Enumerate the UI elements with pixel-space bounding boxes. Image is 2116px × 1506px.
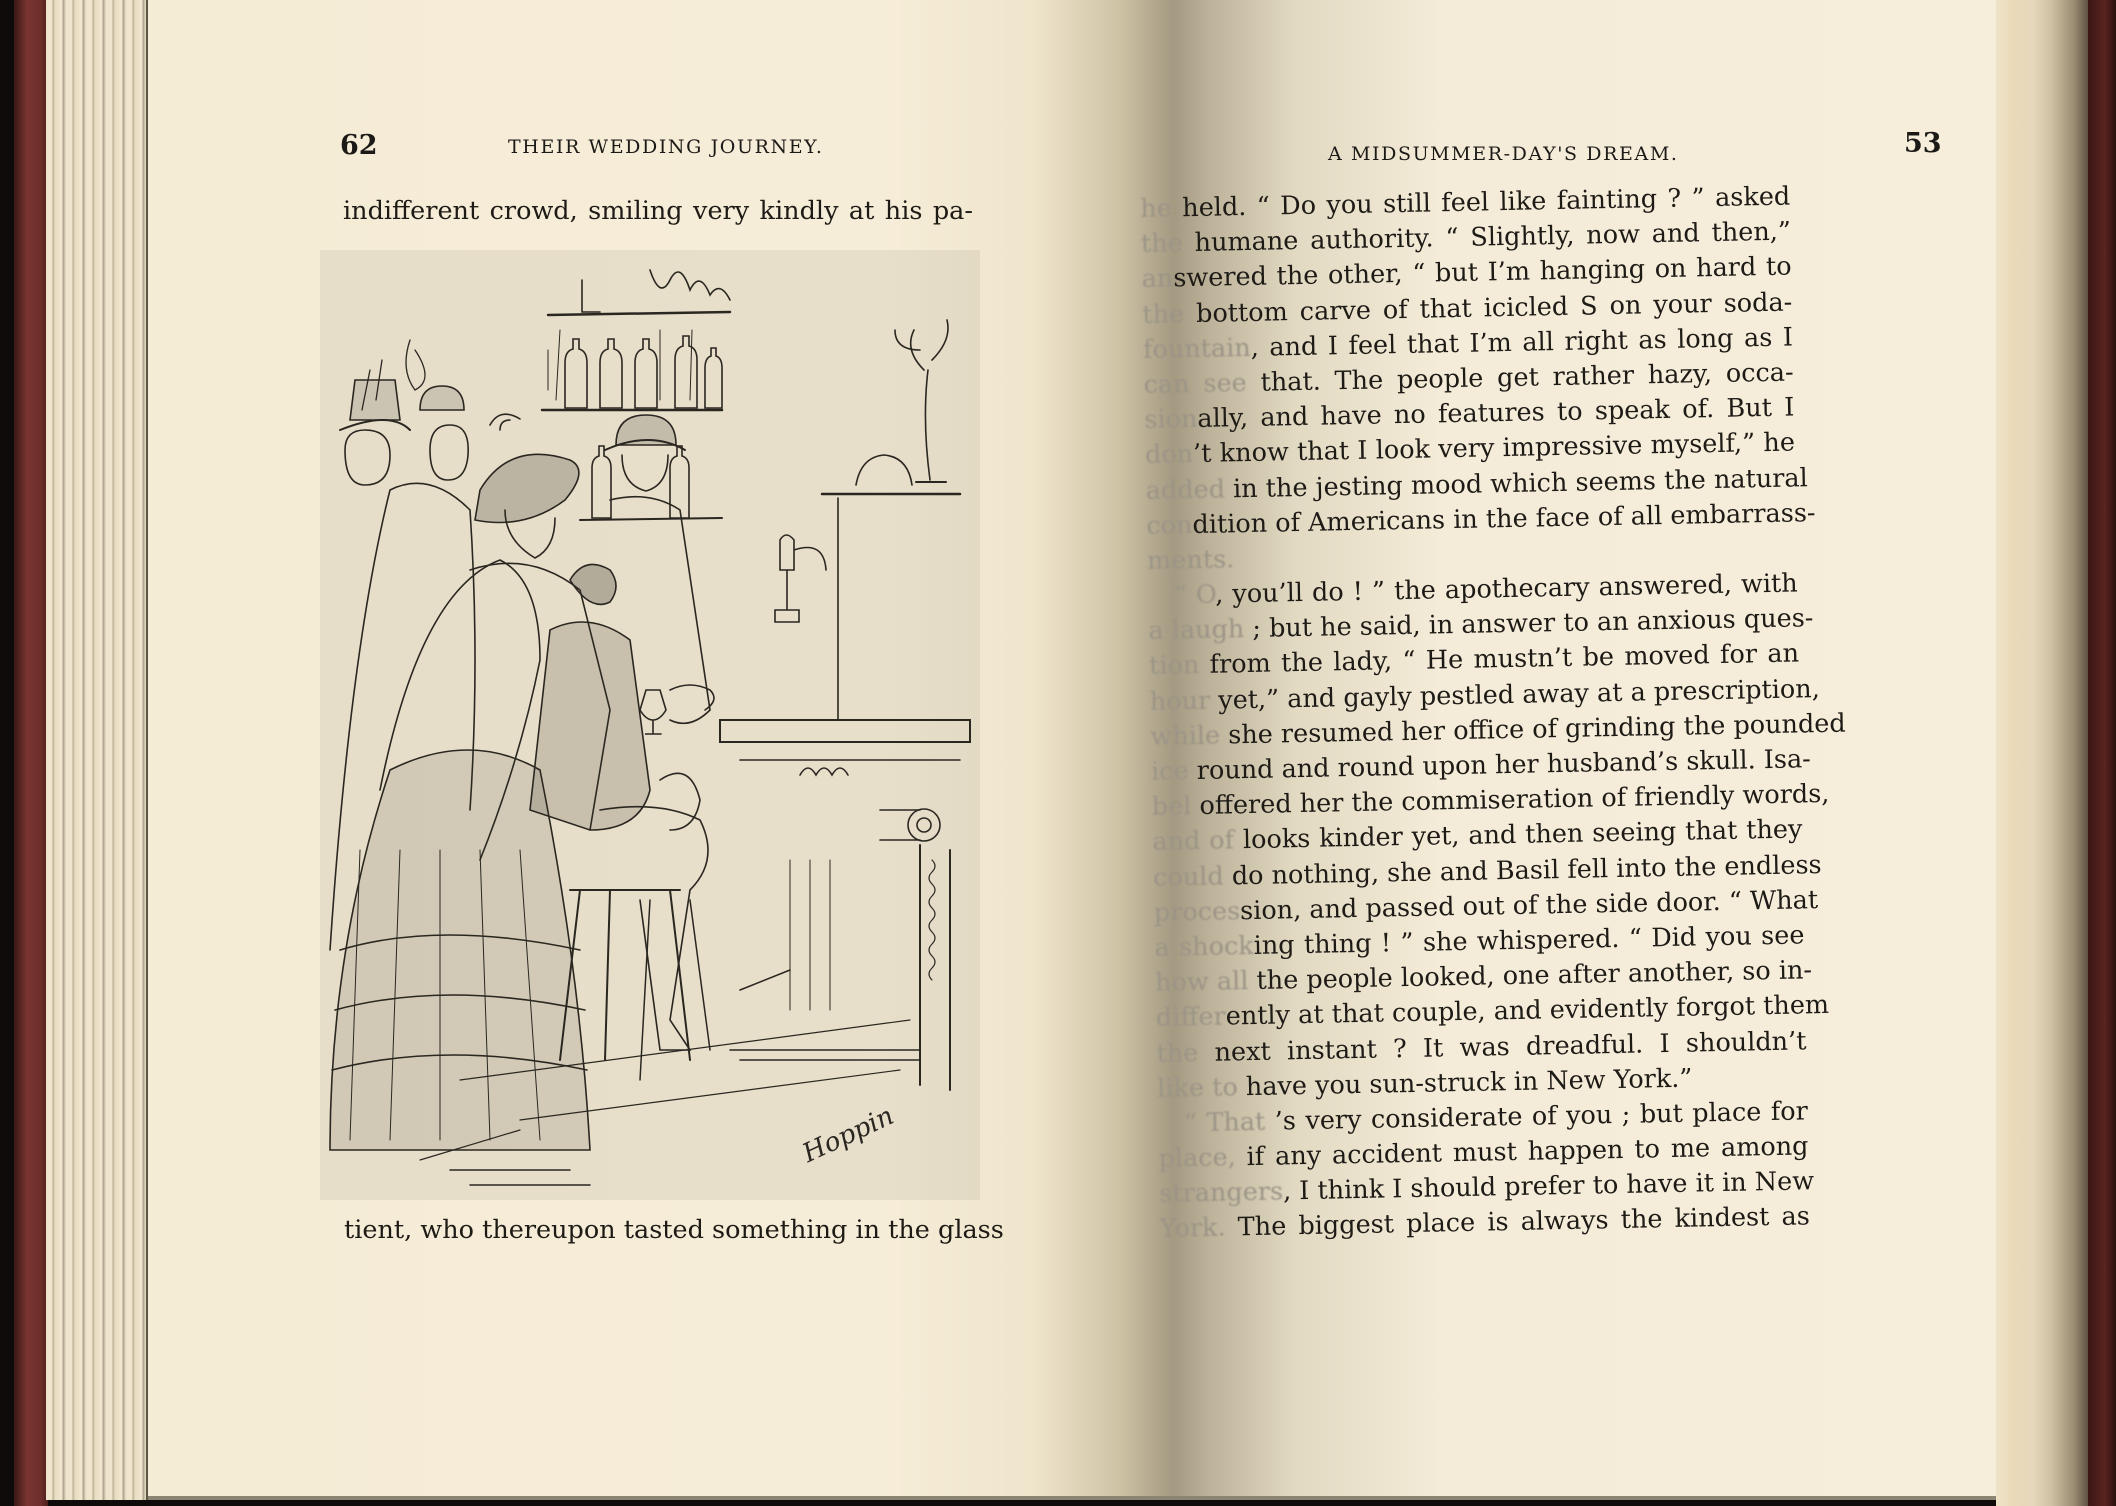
gutter-blurred-text: sion <box>1144 404 1198 435</box>
gutter-blurred-text: while <box>1150 720 1220 751</box>
gutter-blurred-text: proces <box>1154 896 1241 928</box>
gutter-blurred-text: “ O <box>1173 580 1215 611</box>
page-number: 62 <box>340 130 378 161</box>
gutter-blurred-text: a shock <box>1154 931 1254 963</box>
gutter-blurred-text: the <box>1141 228 1183 259</box>
text-before-illustration: indifferent crowd, smiling very kindly a… <box>343 194 973 229</box>
left-page: 62 THEIR WEDDING JOURNEY. indifferent cr… <box>148 0 1108 1496</box>
gutter-blurred-text: like to <box>1157 1072 1238 1104</box>
gutter-blurred-text: con <box>1146 510 1193 541</box>
gutter-blurred-text: how all <box>1155 966 1249 998</box>
gutter-blurred-text: can see <box>1143 368 1247 400</box>
engraving-illustration <box>320 250 980 1200</box>
gutter-blurred-text: bel <box>1152 791 1192 822</box>
gutter-blurred-text: the <box>1142 299 1184 330</box>
page-stack-right <box>1996 0 2088 1506</box>
gutter-blurred-text: fountain <box>1143 333 1251 365</box>
book-cover-right-edge <box>2088 0 2116 1506</box>
gutter-blurred-text: the <box>1156 1038 1198 1069</box>
gutter-blurred-text: differ <box>1156 1002 1226 1033</box>
page-number: 53 <box>1904 128 1942 159</box>
text-line: indifferent crowd, smiling very kindly a… <box>343 194 973 229</box>
text-after-illustration: tient, who thereupon tasted something in… <box>344 1213 977 1248</box>
body-text: he held. “ Do you still feel like fainti… <box>1140 180 1810 1248</box>
gutter-blurred-text: ice <box>1151 756 1189 787</box>
gutter-blurred-text: don <box>1145 439 1194 470</box>
right-page: A MIDSUMMER-DAY'S DREAM. 53 he held. “ D… <box>1128 0 1996 1496</box>
gutter-blurred-text: could <box>1153 861 1224 892</box>
gutter-blurred-text: he <box>1140 193 1172 224</box>
gutter-blurred-text: “ That <box>1184 1107 1266 1139</box>
gutter-blurred-text: strangers <box>1159 1177 1283 1209</box>
open-book-spread: 62 THEIR WEDDING JOURNEY. indifferent cr… <box>148 0 1996 1500</box>
running-head: THEIR WEDDING JOURNEY. <box>508 136 824 158</box>
text-line: tient, who thereupon tasted something in… <box>344 1213 977 1248</box>
gutter-blurred-text: hour <box>1149 685 1210 716</box>
gutter-blurred-text: and of <box>1152 826 1234 858</box>
page-stack-left <box>46 0 148 1500</box>
gutter-blurred-text: an <box>1141 264 1173 295</box>
gutter-blurred-text: added <box>1145 474 1225 506</box>
book-cover-left-edge <box>14 0 48 1506</box>
gutter-blurred-text: York. <box>1160 1213 1226 1244</box>
gutter-blurred-text: place, <box>1158 1142 1236 1173</box>
running-head: A MIDSUMMER-DAY'S DREAM. <box>1328 143 1679 165</box>
line-text: have you sun-struck in New York.” <box>1237 1063 1692 1102</box>
gutter-blurred-text: tion <box>1149 650 1200 681</box>
gutter-blurred-text: ments. <box>1147 544 1235 576</box>
gutter-blurred-text: a laugh <box>1148 614 1244 646</box>
